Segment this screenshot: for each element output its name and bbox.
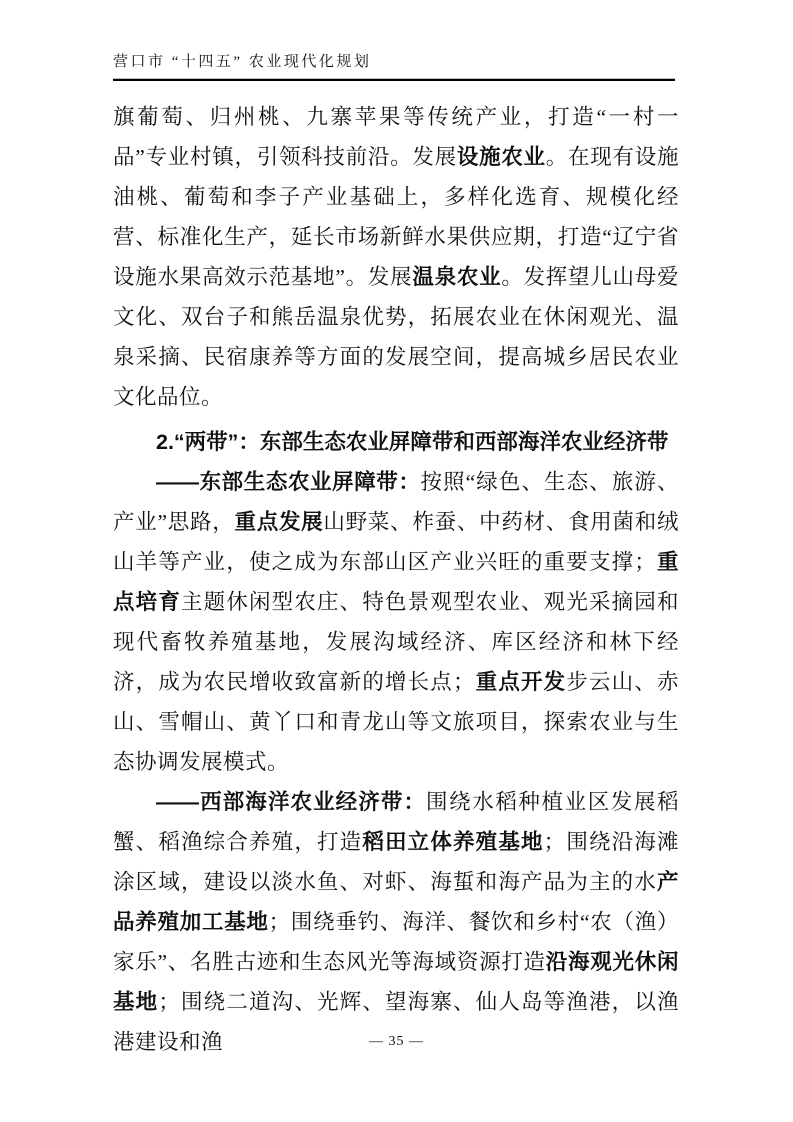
text-run: 2.“两带”：东部生态农业屏障带和西部海洋农业经济带: [156, 430, 668, 454]
paragraph-continuation: 旗葡萄、归州桃、九寨苹果等传统产业，打造“一村一品”专业村镇，引领科技前沿。发展…: [113, 97, 679, 417]
header-rule: [113, 78, 675, 81]
header-title: 营口市 “十四五” 农业现代化规划: [113, 50, 675, 78]
paragraph-heading-two-belts: 2.“两带”：东部生态农业屏障带和西部海洋农业经济带: [113, 422, 679, 462]
page-header: 营口市 “十四五” 农业现代化规划: [113, 50, 675, 81]
paragraph-west-belt: ——西部海洋农业经济带：围绕水稻种植业区发展稻蟹、稻渔综合养殖，打造稻田立体养殖…: [113, 782, 679, 1062]
text-run: 设施农业: [457, 145, 546, 169]
paragraph-east-belt: ——东部生态农业屏障带：按照“绿色、生态、旅游、产业”思路，重点发展山野菜、柞蚕…: [113, 462, 679, 782]
text-run: 稻田立体养殖基地: [362, 830, 543, 854]
text-run: ——西部海洋农业经济带：: [156, 790, 426, 814]
document-body: 旗葡萄、归州桃、九寨苹果等传统产业，打造“一村一品”专业村镇，引领科技前沿。发展…: [113, 97, 679, 1062]
text-run: 温泉农业: [412, 265, 501, 289]
document-page: 营口市 “十四五” 农业现代化规划 旗葡萄、归州桃、九寨苹果等传统产业，打造“一…: [0, 0, 793, 1122]
text-run: ——东部生态农业屏障带：: [156, 470, 420, 494]
text-run: 重点开发: [475, 670, 566, 694]
page-number: — 35 —: [0, 1034, 793, 1050]
text-run: 重点发展: [234, 510, 323, 534]
